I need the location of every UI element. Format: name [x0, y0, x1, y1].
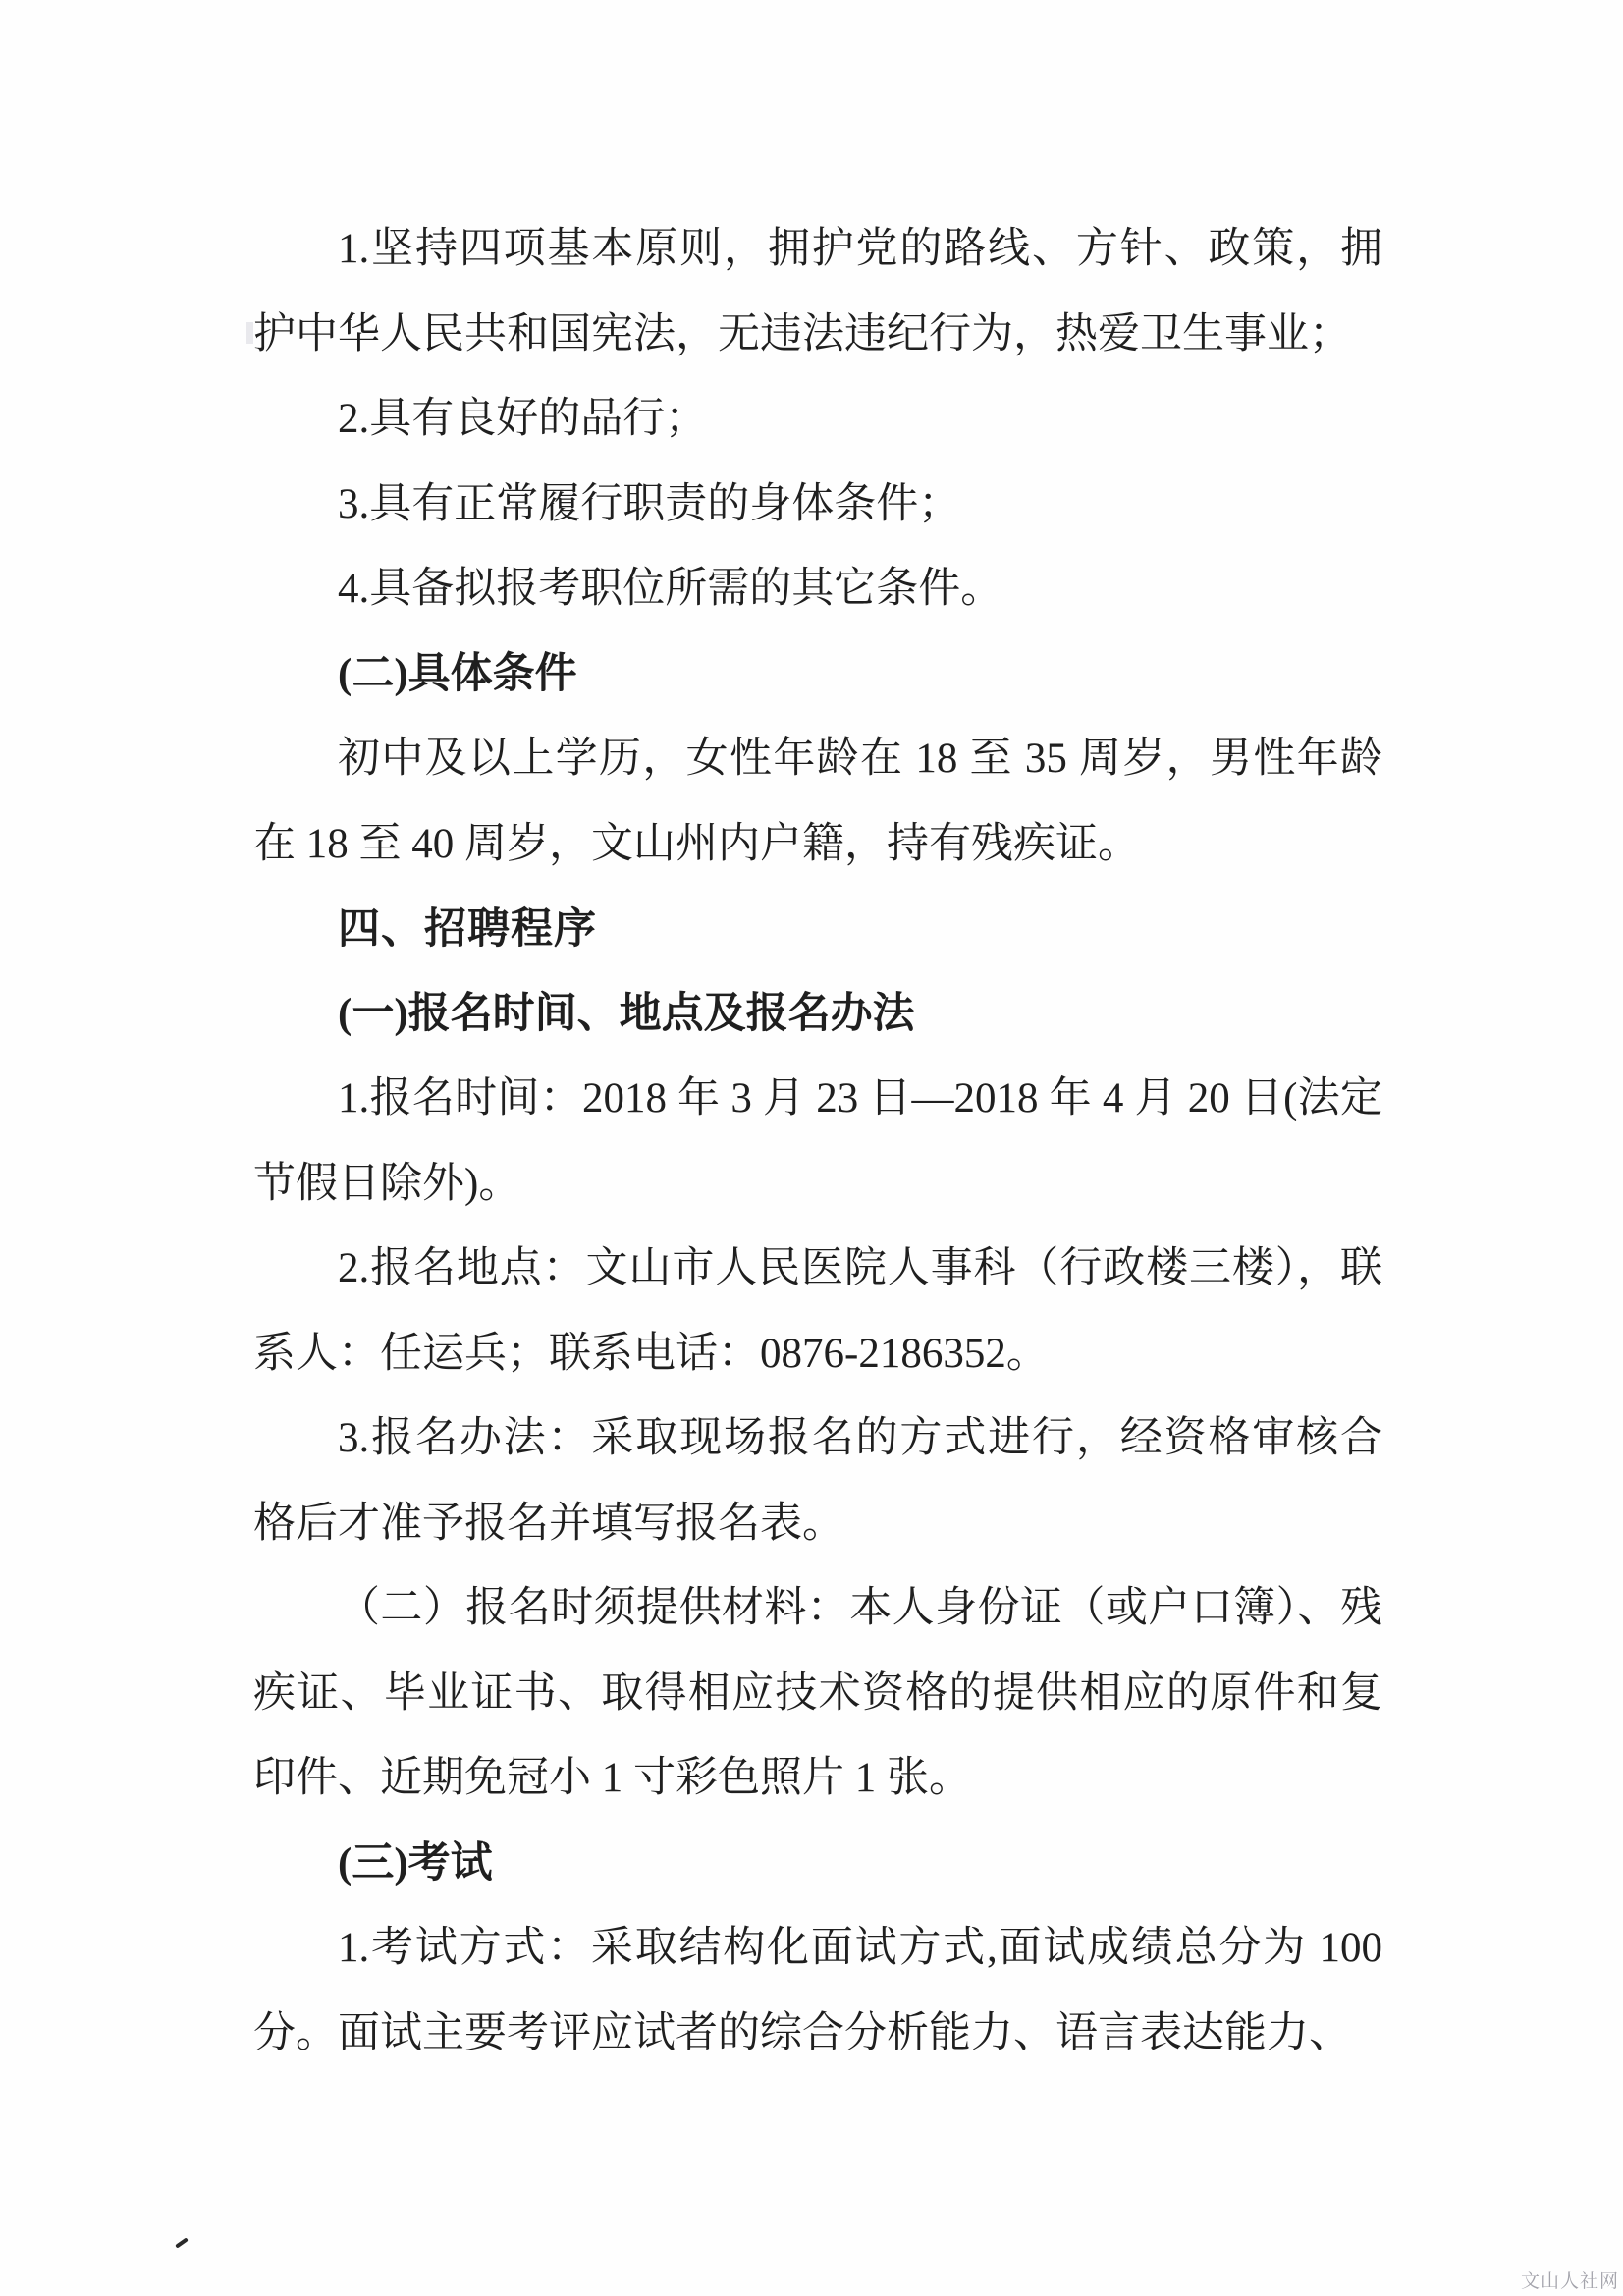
paragraph-condition-2: 2.具有良好的品行；: [253, 377, 1382, 463]
heading-recruitment-procedure: 四、招聘程序: [253, 887, 1382, 972]
paragraph-condition-1: 1.坚持四项基本原则，拥护党的路线、方针、政策，拥护中华人民共和国宪法，无违法违…: [253, 207, 1382, 377]
document-page: 1.坚持四项基本原则，拥护党的路线、方针、政策，拥护中华人民共和国宪法，无违法违…: [0, 0, 1623, 2296]
subheading-examination: (三)考试: [253, 1822, 1382, 1907]
watermark: 文山人社网: [1521, 2267, 1619, 2293]
scan-artifact-smudge: [246, 322, 253, 344]
paragraph-registration-time: 1.报名时间：2018 年 3 月 23 日—2018 年 4 月 20 日(法…: [253, 1057, 1382, 1227]
document-body: 1.坚持四项基本原则，拥护党的路线、方针、政策，拥护中华人民共和国宪法，无违法违…: [253, 207, 1382, 2076]
paragraph-specific-conditions: 初中及以上学历，女性年龄在 18 至 35 周岁，男性年龄在 18 至 40 周…: [253, 717, 1382, 887]
paragraph-required-materials: （二）报名时须提供材料：本人身份证（或户口簿）、残疾证、毕业证书、取得相应技术资…: [253, 1566, 1382, 1822]
paragraph-registration-method: 3.报名办法：采取现场报名的方式进行，经资格审核合格后才准予报名并填写报名表。: [253, 1396, 1382, 1566]
paragraph-exam-method: 1.考试方式：采取结构化面试方式,面试成绩总分为 100 分。面试主要考评应试者…: [253, 1906, 1382, 2076]
paragraph-condition-4: 4.具备拟报考职位所需的其它条件。: [253, 547, 1382, 632]
subheading-registration-info: (一)报名时间、地点及报名办法: [253, 972, 1382, 1058]
paragraph-condition-3: 3.具有正常履行职责的身体条件；: [253, 463, 1382, 548]
subheading-specific-conditions: (二)具体条件: [253, 632, 1382, 718]
paragraph-registration-place: 2.报名地点：文山市人民医院人事科（行政楼三楼），联系人：任运兵；联系电话：08…: [253, 1227, 1382, 1396]
scan-artifact-speck: [175, 2237, 189, 2248]
